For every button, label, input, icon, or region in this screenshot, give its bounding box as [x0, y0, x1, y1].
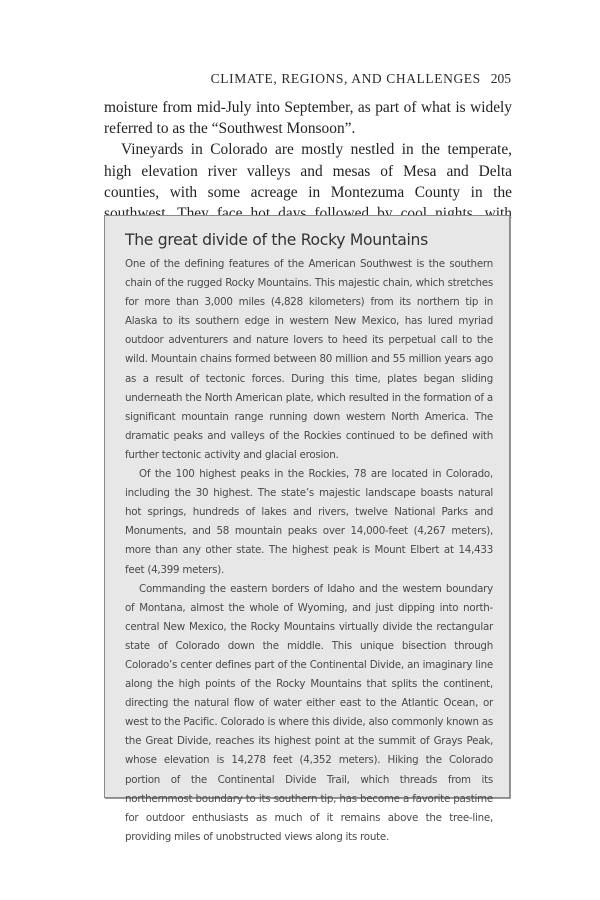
sidebar-paragraph: One of the defining features of the Amer… — [125, 255, 493, 465]
sidebar-text: One of the defining features of the Amer… — [125, 255, 493, 847]
running-header: CLIMATE, REGIONS, AND CHALLENGES205 — [211, 71, 511, 87]
sidebar-box: The great divide of the Rocky Mountains … — [104, 215, 510, 798]
sidebar-paragraph: Commanding the eastern borders of Idaho … — [125, 580, 493, 847]
page-number: 205 — [491, 71, 511, 86]
sidebar-title: The great divide of the Rocky Mountains — [125, 231, 493, 249]
running-title: CLIMATE, REGIONS, AND CHALLENGES — [211, 71, 481, 86]
sidebar-paragraph: Of the 100 highest peaks in the Rockies,… — [125, 465, 493, 580]
body-paragraph: moisture from mid-July into September, a… — [104, 97, 512, 139]
